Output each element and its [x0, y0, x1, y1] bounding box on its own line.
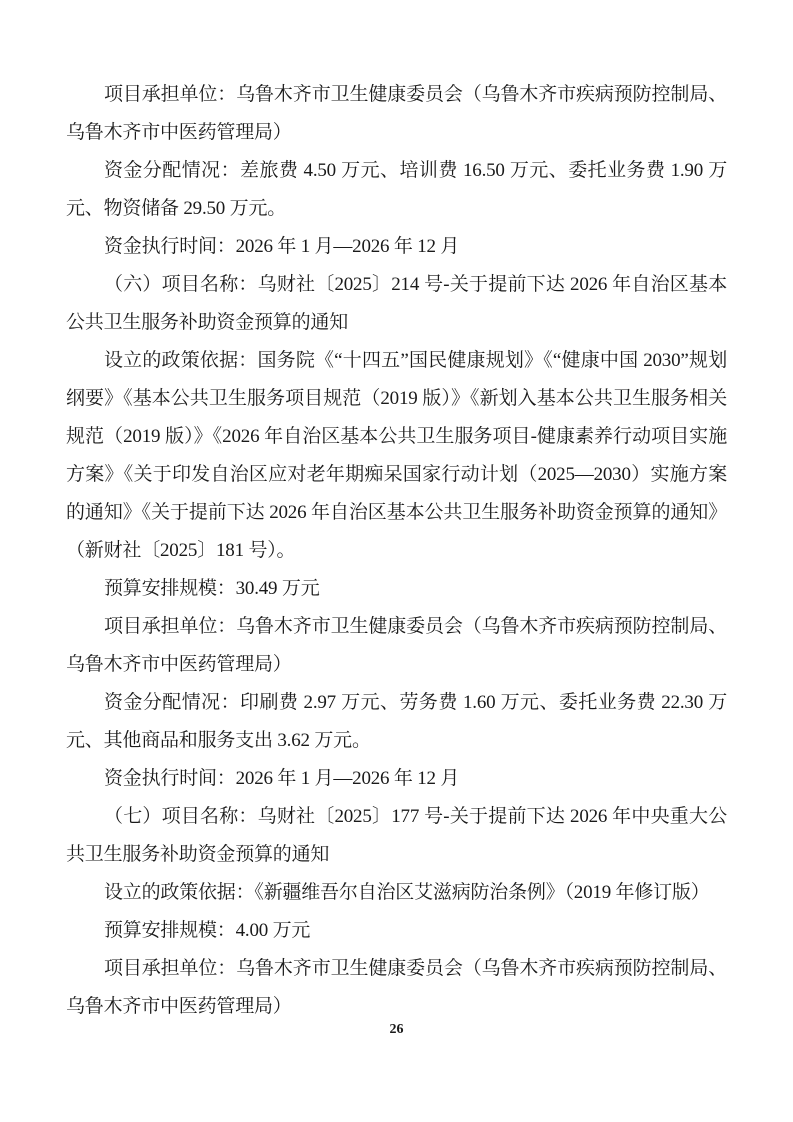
paragraph-prev-fund-allocation: 资金分配情况：差旅费 4.50 万元、培训费 16.50 万元、委托业务费 1.… — [66, 152, 727, 228]
paragraph-project-6-undertaker: 项目承担单位：乌鲁木齐市卫生健康委员会（乌鲁木齐市疾病预防控制局、乌鲁木齐市中医… — [66, 608, 727, 684]
paragraph-prev-undertaker: 项目承担单位：乌鲁木齐市卫生健康委员会（乌鲁木齐市疾病预防控制局、乌鲁木齐市中医… — [66, 76, 727, 152]
document-page: 项目承担单位：乌鲁木齐市卫生健康委员会（乌鲁木齐市疾病预防控制局、乌鲁木齐市中医… — [0, 0, 793, 1122]
page-number: 26 — [390, 1022, 404, 1038]
paragraph-project-7-budget-scale: 预算安排规模：4.00 万元 — [66, 912, 727, 950]
paragraph-project-6-title: （六）项目名称：乌财社〔2025〕214 号-关于提前下达 2026 年自治区基… — [66, 266, 727, 342]
paragraph-project-7-policy-basis: 设立的政策依据：《新疆维吾尔自治区艾滋病防治条例》（2019 年修订版） — [66, 874, 727, 912]
paragraph-project-7-title: （七）项目名称：乌财社〔2025〕177 号-关于提前下达 2026 年中央重大… — [66, 798, 727, 874]
document-body: 项目承担单位：乌鲁木齐市卫生健康委员会（乌鲁木齐市疾病预防控制局、乌鲁木齐市中医… — [66, 76, 727, 1026]
paragraph-project-6-policy-basis: 设立的政策依据：国务院《“十四五”国民健康规划》《“健康中国 2030”规划纲要… — [66, 342, 727, 570]
page-footer: 26 — [0, 1020, 793, 1038]
paragraph-project-6-budget-scale: 预算安排规模：30.49 万元 — [66, 570, 727, 608]
paragraph-project-6-fund-allocation: 资金分配情况：印刷费 2.97 万元、劳务费 1.60 万元、委托业务费 22.… — [66, 684, 727, 760]
paragraph-project-7-undertaker: 项目承担单位：乌鲁木齐市卫生健康委员会（乌鲁木齐市疾病预防控制局、乌鲁木齐市中医… — [66, 950, 727, 1026]
paragraph-prev-execution-time: 资金执行时间：2026 年 1 月—2026 年 12 月 — [66, 228, 727, 266]
paragraph-project-6-execution-time: 资金执行时间：2026 年 1 月—2026 年 12 月 — [66, 760, 727, 798]
